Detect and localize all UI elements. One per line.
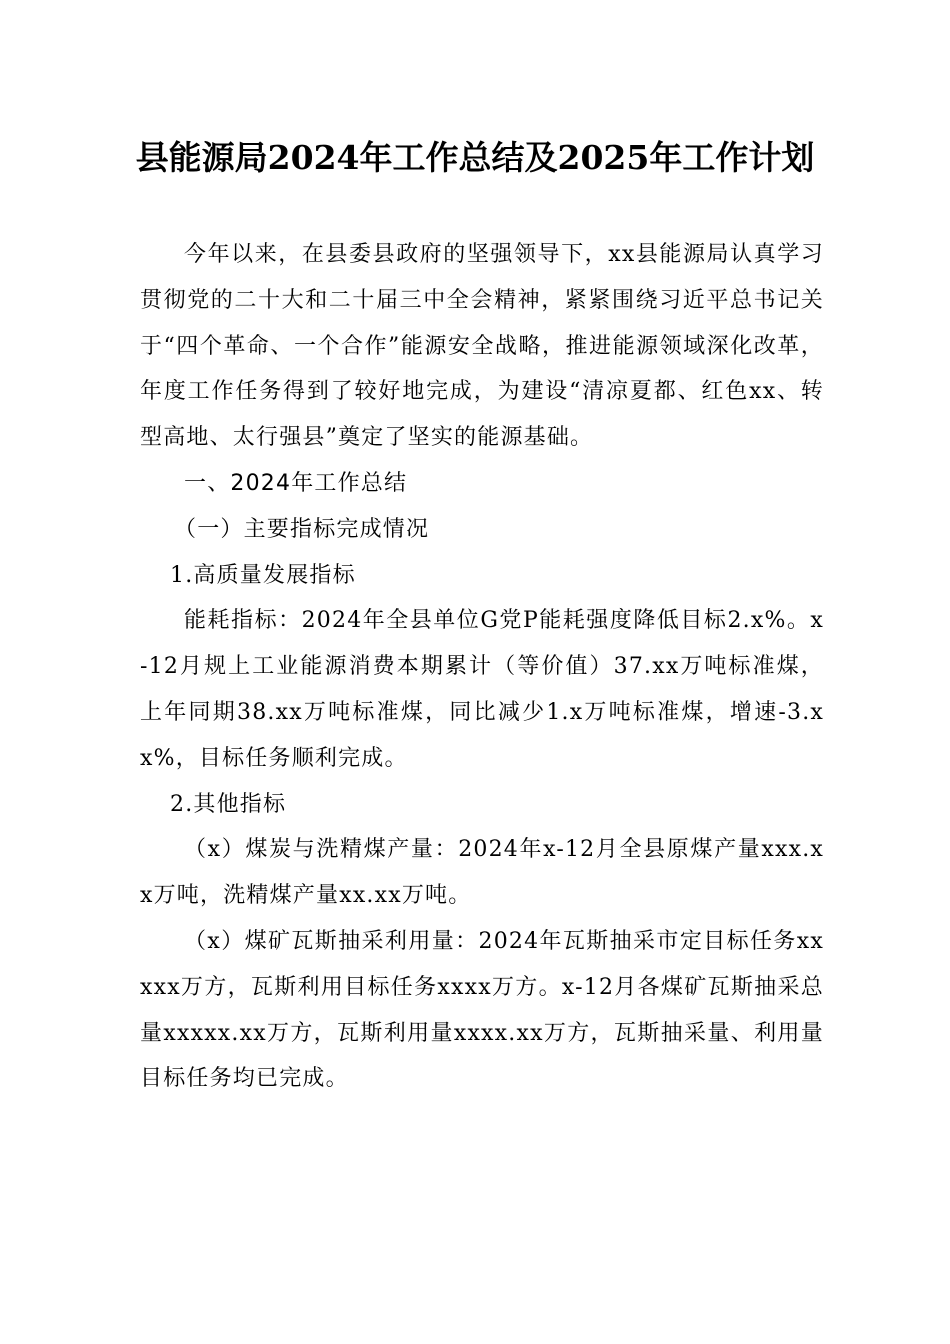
item-heading-high-quality-development: 1.高质量发展指标 (140, 553, 824, 599)
document-title: 县能源局2024年工作总结及2025年工作计划 (0, 136, 950, 180)
document-page: 县能源局2024年工作总结及2025年工作计划 今年以来，在县委县政府的坚强领导… (0, 0, 950, 1344)
document-body: 今年以来，在县委县政府的坚强领导下，xx县能源局认真学习贯彻党的二十大和二十届三… (140, 232, 824, 1102)
section-heading-2024-summary: 一、2024年工作总结 (140, 461, 824, 507)
energy-consumption-paragraph: 能耗指标：2024年全县单位G党P能耗强度降低目标2.x%。x-12月规上工业能… (140, 598, 824, 781)
coal-production-paragraph: （x）煤炭与洗精煤产量：2024年x-12月全县原煤产量xxx.xx万吨，洗精煤… (140, 827, 824, 919)
item-heading-other-indicators: 2.其他指标 (140, 782, 824, 828)
gas-extraction-paragraph: （x）煤矿瓦斯抽采利用量：2024年瓦斯抽采市定目标任务xxxxx万方，瓦斯利用… (140, 919, 824, 1102)
intro-paragraph: 今年以来，在县委县政府的坚强领导下，xx县能源局认真学习贯彻党的二十大和二十届三… (140, 232, 824, 461)
subsection-heading-main-indicators: （一）主要指标完成情况 (140, 507, 824, 553)
